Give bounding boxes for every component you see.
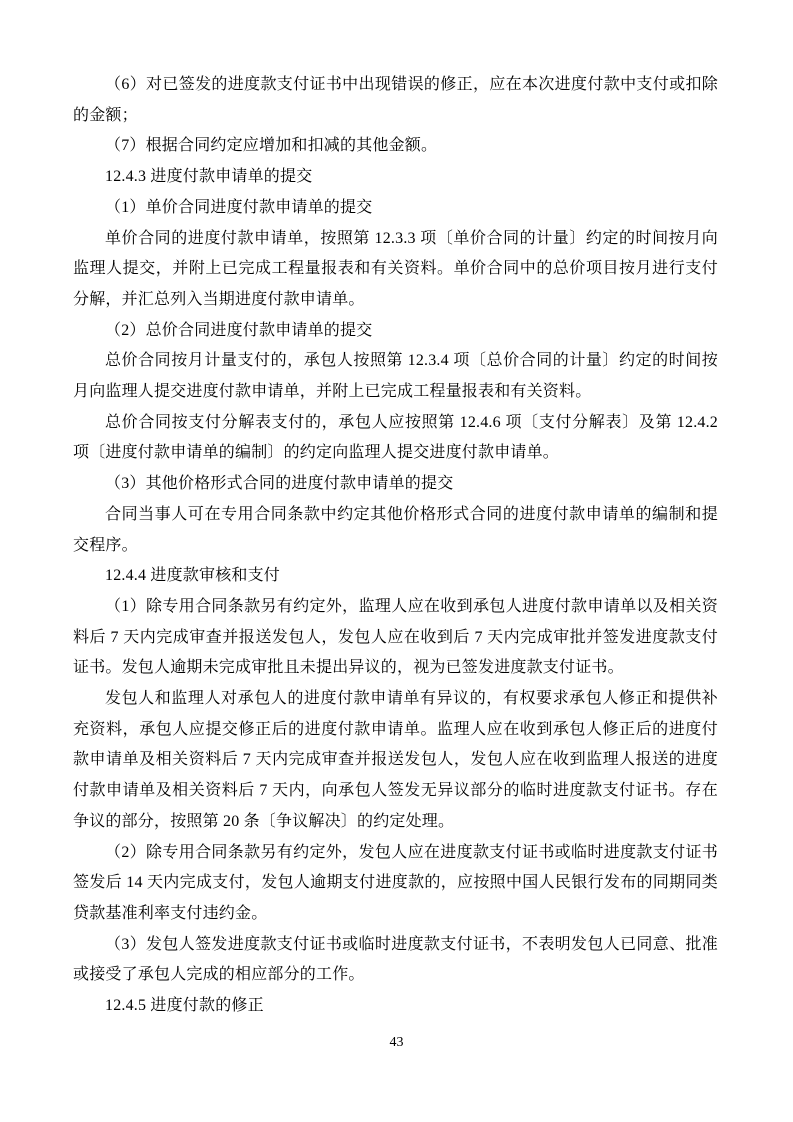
paragraph: 总价合同按支付分解表支付的，承包人应按照第 12.4.6 项〔支付分解表〕及第 …: [73, 408, 718, 469]
paragraph: 单价合同的进度付款申请单，按照第 12.3.3 项〔单价合同的计量〕约定的时间按…: [73, 224, 718, 316]
paragraph: （7）根据合同约定应增加和扣减的其他金额。: [73, 131, 718, 162]
page-number: 43: [0, 1034, 793, 1052]
section-heading: 12.4.3 进度付款申请单的提交: [73, 162, 718, 193]
document-body: （6）对已签发的进度款支付证书中出现错误的修正，应在本次进度付款中支付或扣除的金…: [73, 70, 718, 1022]
paragraph: （6）对已签发的进度款支付证书中出现错误的修正，应在本次进度付款中支付或扣除的金…: [73, 70, 718, 131]
section-heading: 12.4.4 进度款审核和支付: [73, 561, 718, 592]
paragraph: （1）除专用合同条款另有约定外，监理人应在收到承包人进度付款申请单以及相关资料后…: [73, 592, 718, 684]
paragraph: 总价合同按月计量支付的，承包人按照第 12.3.4 项〔总价合同的计量〕约定的时…: [73, 346, 718, 407]
paragraph: （3）发包人签发进度款支付证书或临时进度款支付证书，不表明发包人已同意、批准或接…: [73, 930, 718, 991]
section-heading: 12.4.5 进度付款的修正: [73, 991, 718, 1022]
paragraph: 合同当事人可在专用合同条款中约定其他价格形式合同的进度付款申请单的编制和提交程序…: [73, 500, 718, 561]
paragraph: （2）除专用合同条款另有约定外，发包人应在进度款支付证书或临时进度款支付证书签发…: [73, 838, 718, 930]
paragraph: （1）单价合同进度付款申请单的提交: [73, 193, 718, 224]
paragraph: 发包人和监理人对承包人的进度付款申请单有异议的，有权要求承包人修正和提供补充资料…: [73, 684, 718, 838]
document-page: （6）对已签发的进度款支付证书中出现错误的修正，应在本次进度付款中支付或扣除的金…: [0, 0, 793, 1122]
paragraph: （3）其他价格形式合同的进度付款申请单的提交: [73, 469, 718, 500]
paragraph: （2）总价合同进度付款申请单的提交: [73, 316, 718, 347]
